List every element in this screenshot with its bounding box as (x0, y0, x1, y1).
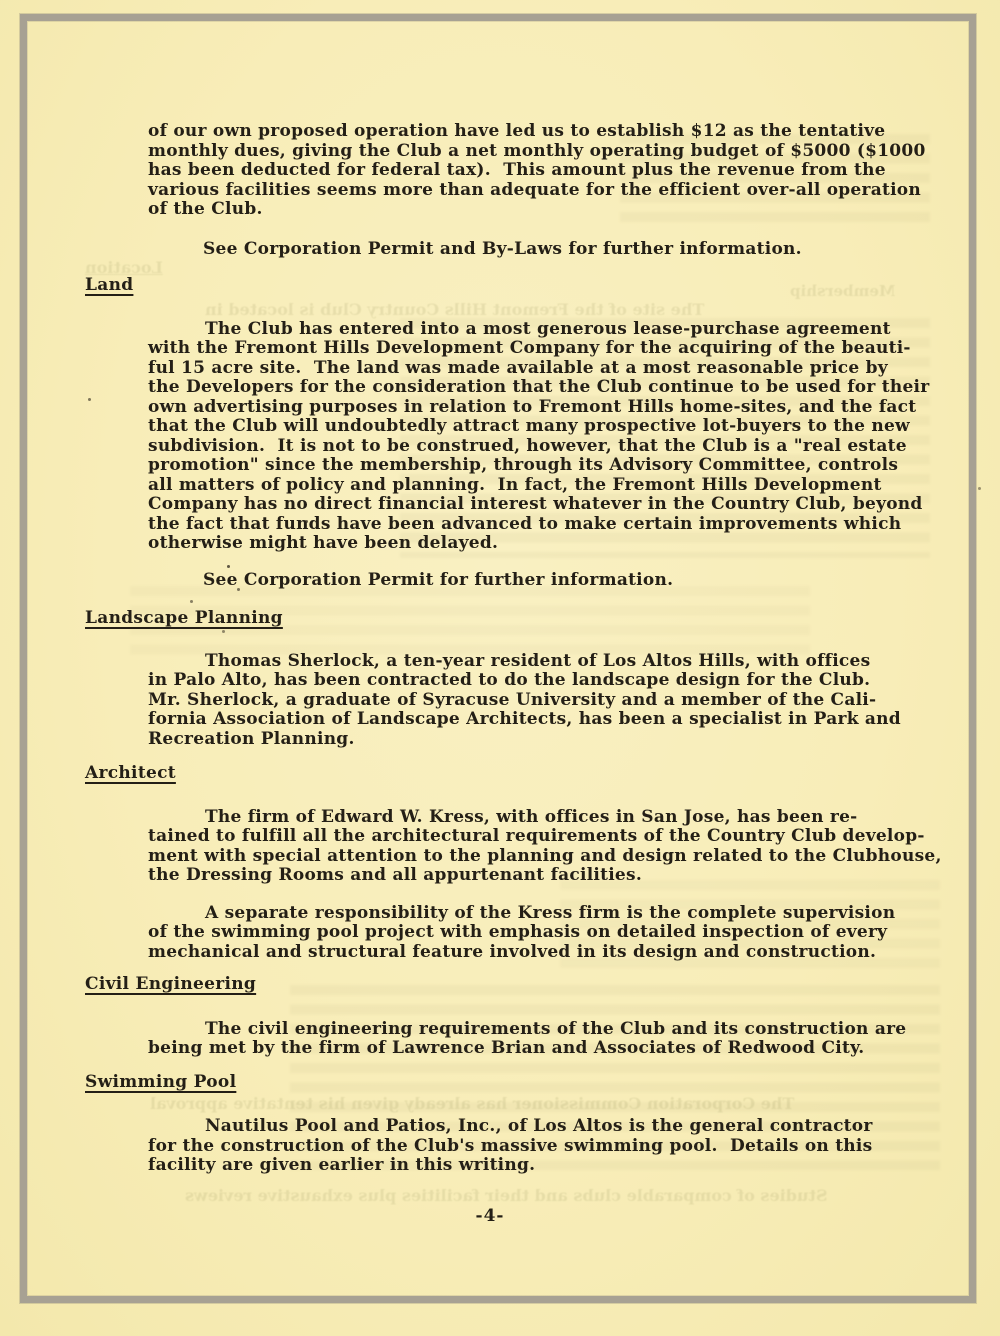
paragraph-landscape-planning: Thomas Sherlock, a ten-year resident of … (148, 652, 960, 750)
paragraph-budget: of our own proposed operation have led u… (148, 122, 960, 220)
typed-content: of our own proposed operation have led u… (148, 122, 960, 1176)
heading-civil-engineering: Civil Engineering (85, 975, 960, 995)
paragraph-architect-2: A separate responsibility of the Kress f… (148, 904, 960, 963)
paragraph-land: The Club has entered into a most generou… (148, 320, 960, 554)
heading-land: Land (85, 276, 960, 296)
paragraph-civil-engineering: The civil engineering requirements of th… (148, 1020, 960, 1059)
see-note-bylaws: See Corporation Permit and By-Laws for f… (148, 240, 960, 260)
page-number: -4- (455, 1206, 525, 1226)
heading-swimming-pool: Swimming Pool (85, 1073, 960, 1093)
heading-architect: Architect (85, 764, 960, 784)
heading-landscape-planning: Landscape Planning (85, 609, 960, 629)
see-note-permit: See Corporation Permit for further infor… (148, 571, 960, 591)
paragraph-swimming-pool: Nautilus Pool and Patios, Inc., of Los A… (148, 1117, 960, 1176)
showthrough-text: Studies of comparable clubs and their fa… (185, 1186, 827, 1205)
scanned-document-page: Location Membership The site of the Frem… (0, 0, 1000, 1336)
paragraph-architect-1: The firm of Edward W. Kress, with office… (148, 808, 960, 886)
